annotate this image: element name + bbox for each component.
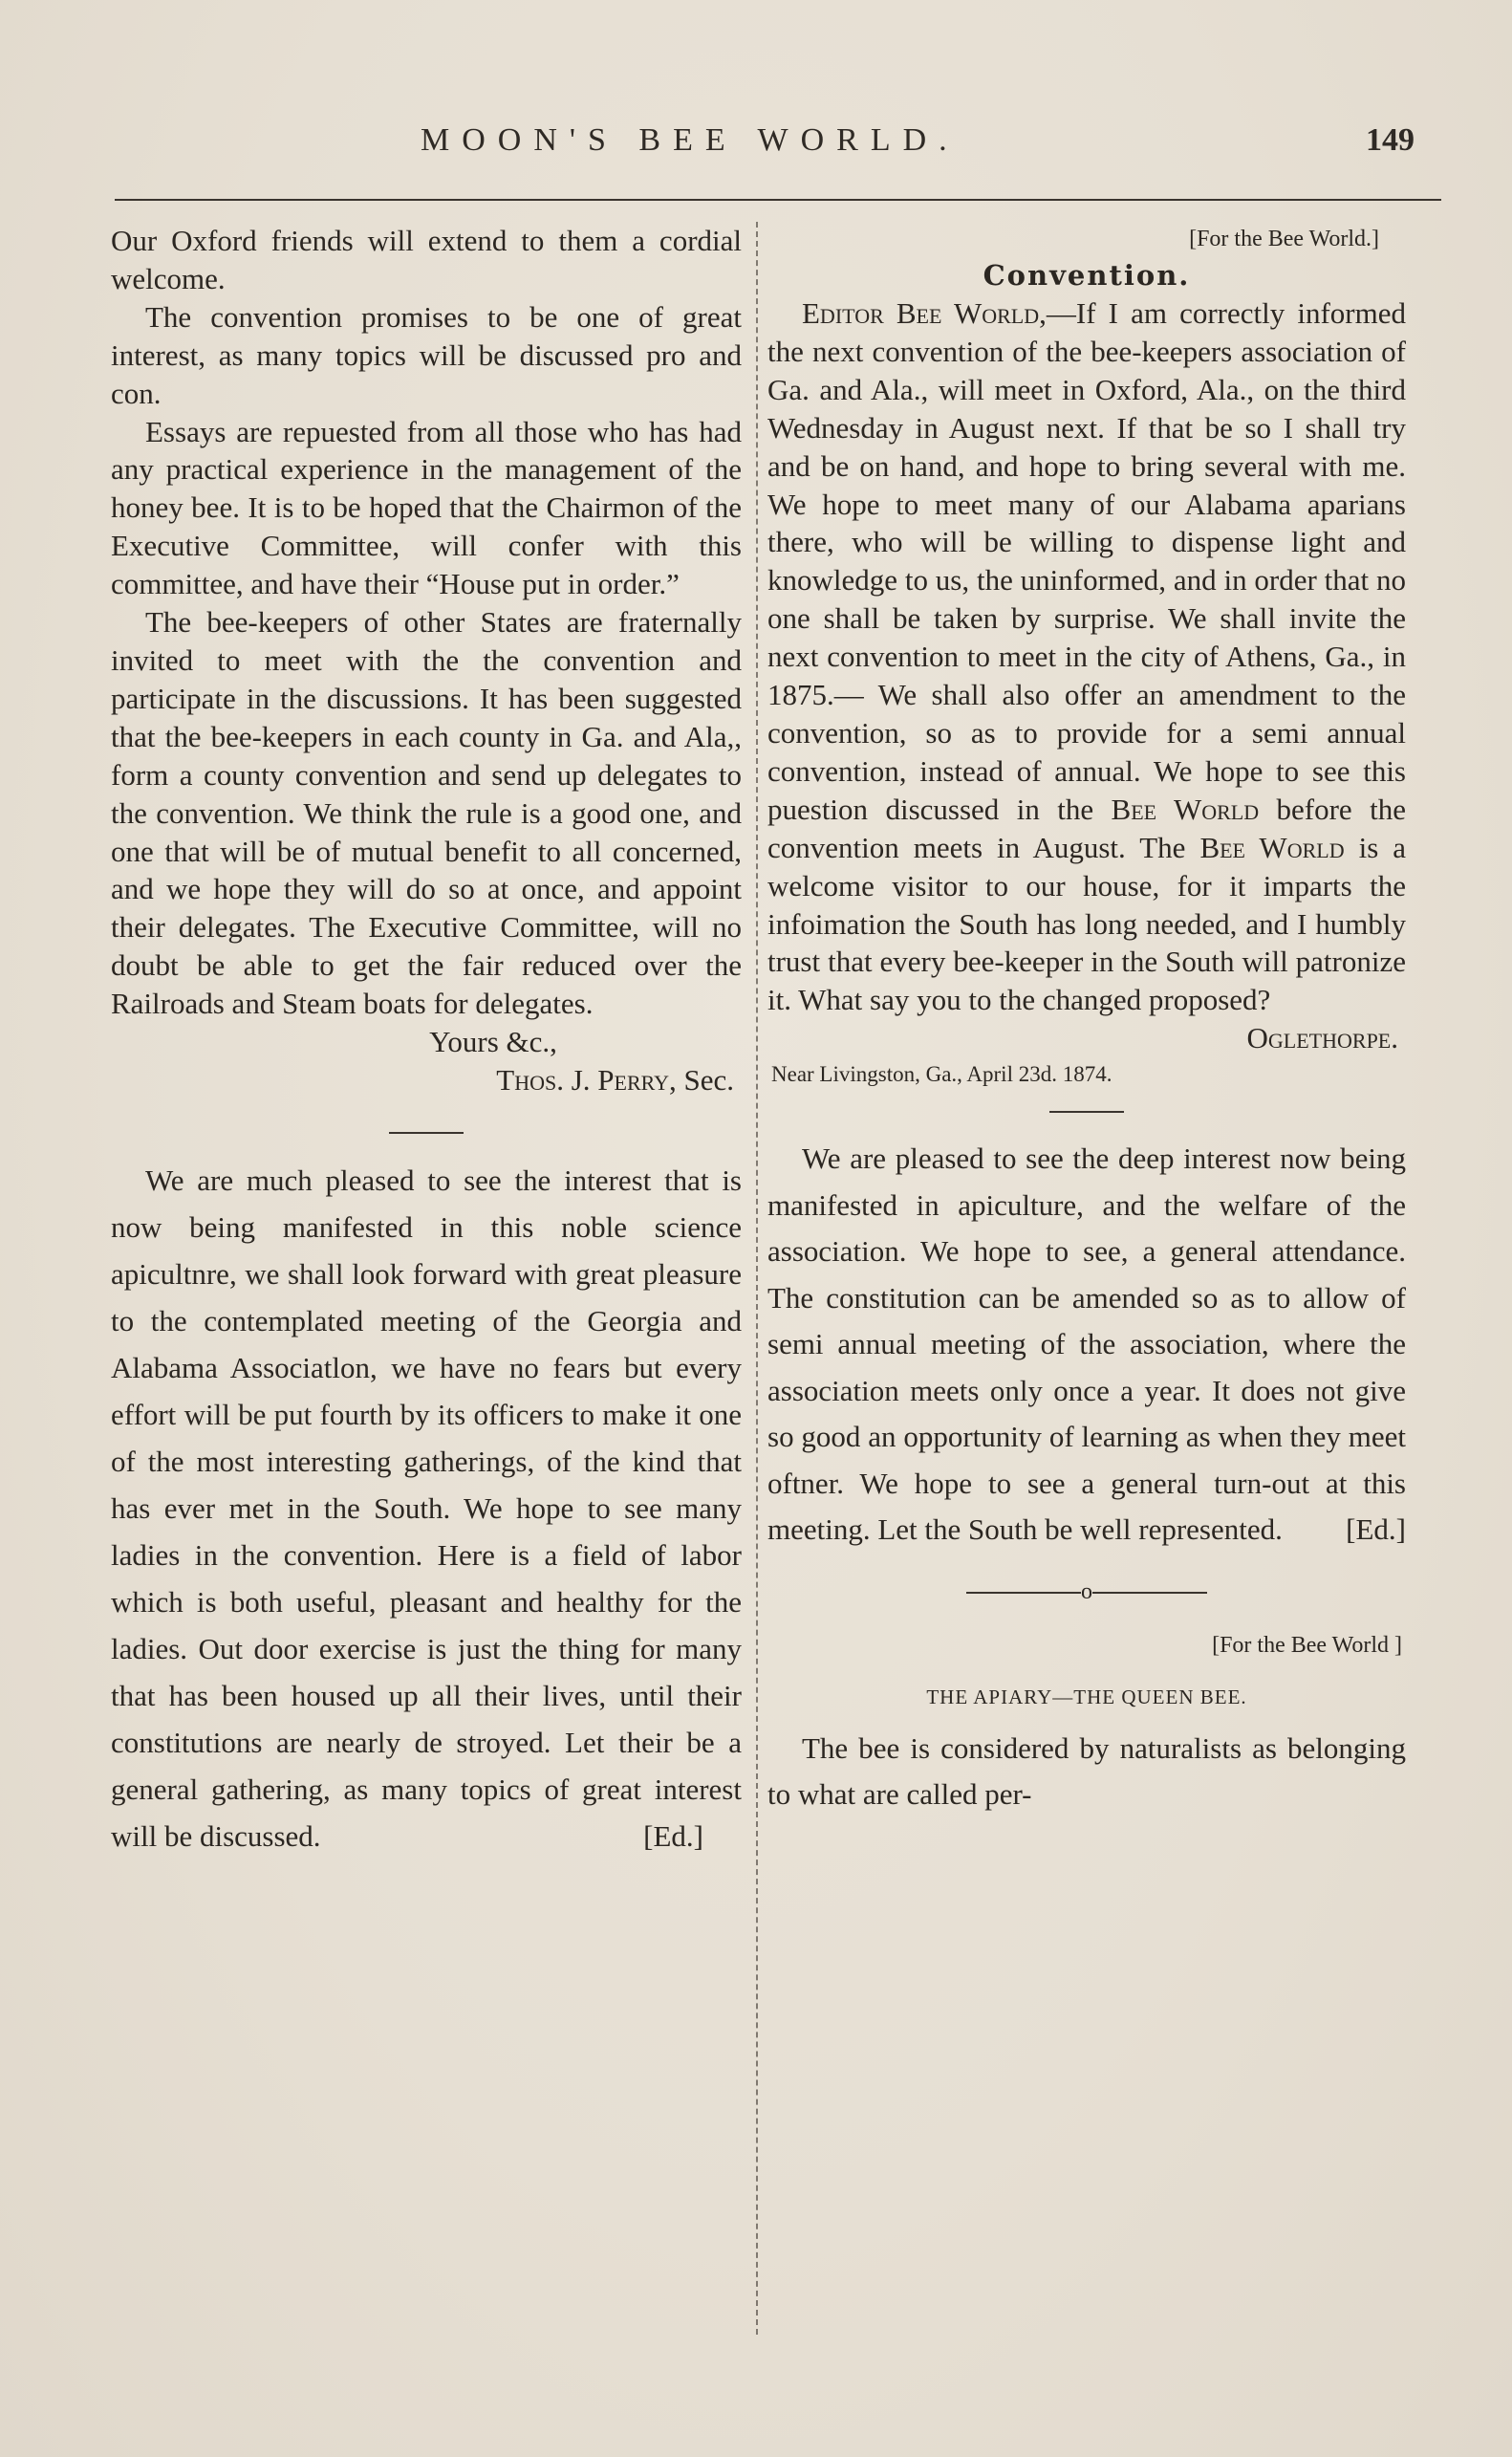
ornament-divider: o xyxy=(767,1575,1406,1609)
running-title: MOON'S BEE WORLD. xyxy=(421,122,960,159)
article-heading-queen-bee: THE APIARY—THE QUEEN BEE. xyxy=(767,1680,1406,1714)
column-divider xyxy=(756,222,758,2335)
editorial-left-text: We are much pleased to see the interest … xyxy=(111,1163,742,1853)
page-number: 149 xyxy=(1366,122,1415,159)
signature-perry: Thos. J. Perry, Sec. xyxy=(111,1061,742,1099)
paragraph-convention-promise: The convention promises to be one of gre… xyxy=(111,298,742,413)
letter-body: Editor Bee World,—If I am correctly info… xyxy=(767,294,1406,1019)
bee-world-ref: Bee World xyxy=(1112,793,1260,826)
running-head: MOON'S BEE WORLD. 149 xyxy=(421,122,1415,170)
magazine-page: MOON'S BEE WORLD. 149 Our Oxford friends… xyxy=(0,0,1512,2457)
paragraph-essays: Essays are repuested from all those who … xyxy=(111,413,742,604)
editorial-right-sign: [Ed.] xyxy=(1311,1507,1406,1554)
article-title-convention: Convention. xyxy=(767,256,1406,294)
dateline: Near Livingston, Ga., April 23d. 1874. xyxy=(767,1057,1406,1092)
header-rule xyxy=(115,199,1441,201)
ornament-glyph: o xyxy=(1081,1579,1092,1604)
article-start: The bee is considered by naturalists as … xyxy=(767,1726,1406,1817)
salutation: Editor Bee World, xyxy=(802,296,1047,330)
paragraph-other-states: The bee-keepers of other States are frat… xyxy=(111,603,742,1023)
editorial-right: We are pleased to see the deep interest … xyxy=(767,1136,1406,1554)
signature-name: Thos. J. Perry xyxy=(496,1063,669,1097)
left-column: Our Oxford friends will extend to them a… xyxy=(111,222,742,1859)
editorial-left: We are much pleased to see the interest … xyxy=(111,1157,742,1859)
letter-text: —If I am correctly informed the next con… xyxy=(767,296,1406,826)
editorial-left-sign: [Ed.] xyxy=(609,1813,703,1859)
attribution-for-bee-world: [For the Bee World.] xyxy=(767,222,1406,256)
signature-title: , Sec. xyxy=(669,1063,734,1097)
editorial-right-text: We are pleased to see the deep interest … xyxy=(767,1142,1406,1546)
signature-oglethorpe: Oglethorpe. xyxy=(767,1019,1406,1057)
paragraph-welcome: Our Oxford friends will extend to them a… xyxy=(111,222,742,298)
bee-world-ref-2: Bee World xyxy=(1199,831,1344,864)
right-column: [For the Bee World.] Convention. Editor … xyxy=(767,222,1406,1817)
closing: Yours &c., xyxy=(111,1023,742,1061)
attribution-for-bee-world-2: [For the Bee World ] xyxy=(767,1628,1406,1663)
